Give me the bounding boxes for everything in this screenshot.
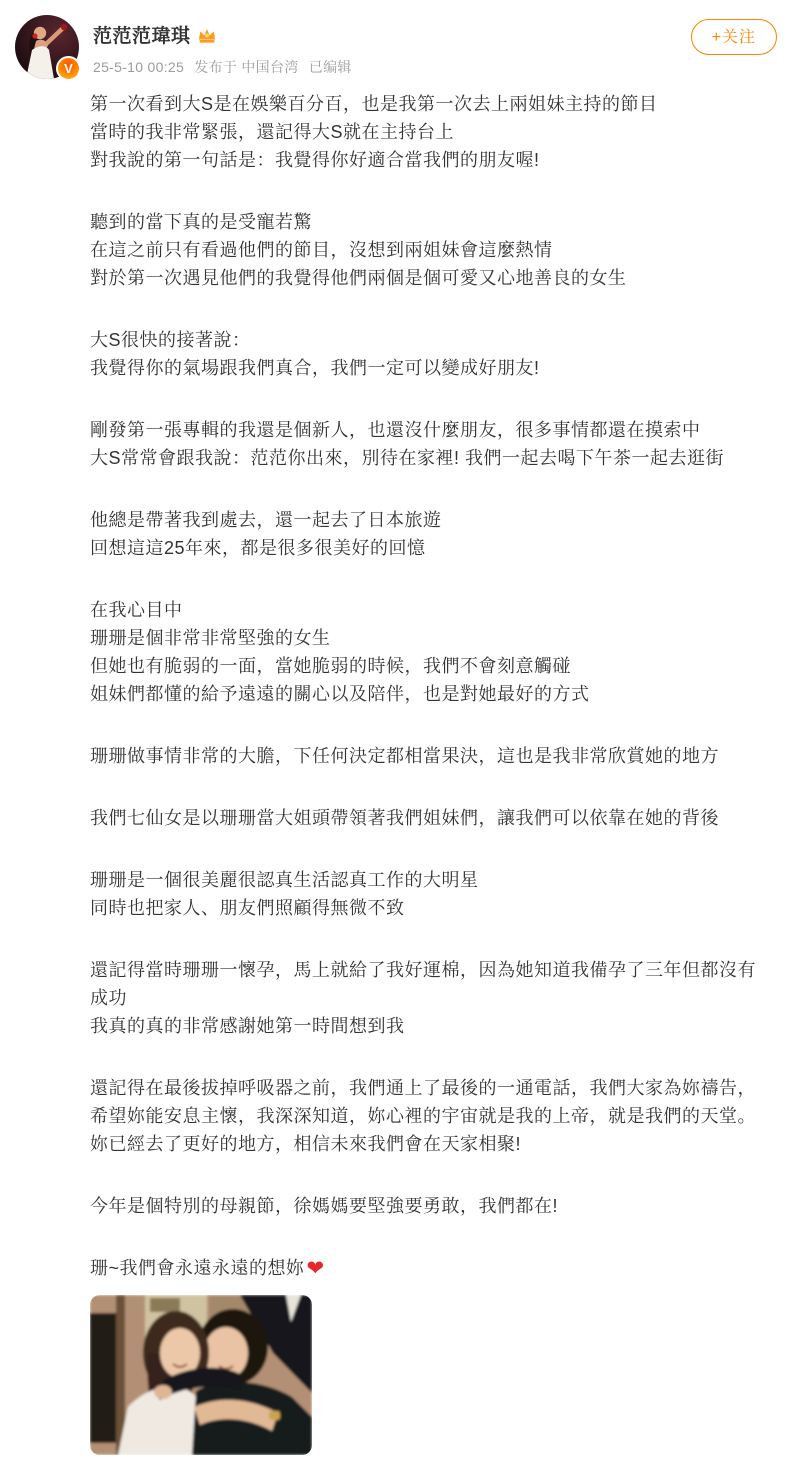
red-heart-emoji: ❤ bbox=[307, 1257, 325, 1280]
avatar[interactable]: V bbox=[15, 15, 79, 79]
post-paragraph: 剛發第一張專輯的我還是個新人，也還沒什麼朋友，很多事情都還在摸索中大S常常會跟我… bbox=[90, 416, 768, 472]
post-paragraph: 在我心目中珊珊是個非常非常堅強的女生但她也有脆弱的一面，當她脆弱的時候，我們不會… bbox=[90, 596, 768, 708]
post-paragraph: 還記得在最後拔掉呼吸器之前，我們通上了最後的一通電話，我們大家為妳禱告，希望妳能… bbox=[90, 1074, 768, 1158]
photo-two-women-hugging bbox=[90, 1295, 312, 1455]
post-photo-thumbnail[interactable] bbox=[90, 1295, 312, 1455]
post-paragraph: 大S很快的接著說：我覺得你的氣場跟我們真合，我們一定可以變成好朋友! bbox=[90, 326, 768, 382]
post-paragraph: 我們七仙女是以珊珊當大姐頭帶領著我們姐妹們，讓我們可以依靠在她的背後 bbox=[90, 804, 768, 832]
verified-v-icon: V bbox=[56, 56, 81, 81]
follow-button[interactable]: +关注 bbox=[691, 19, 777, 55]
weibo-post: V 范范范瑋琪 25-5-10 00:25 发布于 中国台湾 已编辑 +关注 第… bbox=[0, 0, 790, 1470]
post-source: 发布于 中国台湾 bbox=[194, 59, 298, 75]
post-paragraph: 今年是個特別的母親節，徐媽媽要堅強要勇敢，我們都在! bbox=[90, 1192, 768, 1220]
post-edited-badge[interactable]: 已编辑 bbox=[309, 59, 352, 75]
author-name[interactable]: 范范范瑋琪 bbox=[93, 21, 191, 48]
post-paragraph: 珊~我們會永遠永遠的想妳❤ bbox=[90, 1254, 768, 1283]
post-paragraph: 他總是帶著我到處去，還一起去了日本旅遊回想這這25年來，都是很多很美好的回憶 bbox=[90, 506, 768, 562]
post-timestamp: 25-5-10 00:25 bbox=[93, 59, 184, 75]
post-meta: 25-5-10 00:25 发布于 中国台湾 已编辑 bbox=[93, 57, 358, 77]
vip-crown-icon bbox=[197, 26, 217, 44]
post-paragraph: 聽到的當下真的是受寵若驚在這之前只有看過他們的節目，沒想到兩姐妹會這麼熱情對於第… bbox=[90, 208, 768, 292]
post-paragraph: 珊珊做事情非常的大膽，下任何決定都相當果決，這也是我非常欣賞她的地方 bbox=[90, 742, 768, 770]
post-content: 第一次看到大S是在娛樂百分百，也是我第一次去上兩姐妹主持的節目當時的我非常緊張，… bbox=[90, 90, 768, 1455]
author-row: 范范范瑋琪 bbox=[93, 21, 217, 48]
post-text: 第一次看到大S是在娛樂百分百，也是我第一次去上兩姐妹主持的節目當時的我非常緊張，… bbox=[90, 90, 768, 1283]
post-paragraph: 珊珊是一個很美麗很認真生活認真工作的大明星同時也把家人、朋友們照顧得無微不致 bbox=[90, 866, 768, 922]
post-paragraph: 第一次看到大S是在娛樂百分百，也是我第一次去上兩姐妹主持的節目當時的我非常緊張，… bbox=[90, 90, 768, 174]
post-paragraph: 還記得當時珊珊一懷孕，馬上就給了我好運棉，因為她知道我備孕了三年但都沒有成功我真… bbox=[90, 956, 768, 1040]
